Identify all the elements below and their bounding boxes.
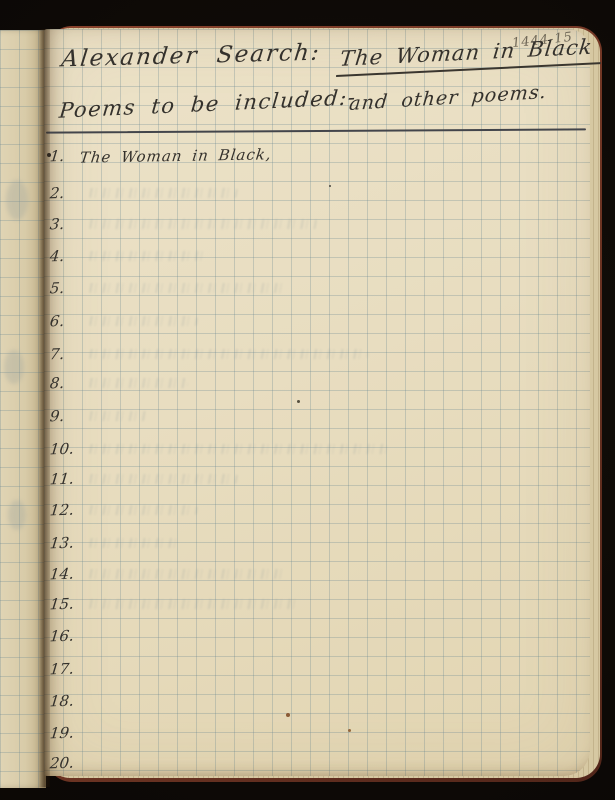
scan-background: 1444-15 Alexander Search: The Woman in B… xyxy=(0,0,615,800)
list-item: 9. xyxy=(50,404,148,428)
list-item-number: 3. xyxy=(49,215,75,234)
list-item: 16. xyxy=(50,624,74,648)
list-item: 2. xyxy=(50,181,238,205)
list-item: 20. xyxy=(50,751,74,775)
list-item-number: 15. xyxy=(49,595,75,614)
ink-speck xyxy=(297,400,300,403)
list-item: 3. xyxy=(50,212,318,236)
list-item-number: 4. xyxy=(49,247,75,266)
erased-text-trace xyxy=(88,349,368,359)
list-item: 11. xyxy=(50,467,238,491)
list-item-number: 13. xyxy=(49,534,75,553)
erased-text-trace xyxy=(88,444,388,454)
list-item-number: 9. xyxy=(49,407,75,426)
list-item-number: 14. xyxy=(49,565,75,584)
list-item: 13. xyxy=(50,531,178,555)
list-item-number: 1. xyxy=(49,147,75,166)
list-item: 19. xyxy=(50,721,74,745)
binding-gutter-shadow xyxy=(38,29,50,787)
list-item-number: 7. xyxy=(49,345,75,364)
list-item: 10. xyxy=(50,437,388,461)
list-item-number: 2. xyxy=(49,184,75,203)
list-item-number: 12. xyxy=(49,501,75,520)
showthrough-smudge xyxy=(4,350,24,384)
list-caption: Poems to be included:- xyxy=(58,85,358,122)
list-item: 18. xyxy=(50,689,74,713)
list-item-number: 17. xyxy=(49,660,75,679)
erased-text-trace xyxy=(88,219,318,229)
list-item: 8. xyxy=(50,371,188,395)
list-item: 4. xyxy=(50,244,208,268)
ruled-divider xyxy=(46,128,586,133)
erased-text-trace xyxy=(88,251,208,261)
list-item-number: 6. xyxy=(49,312,75,331)
list-item: 7. xyxy=(50,342,368,366)
list-item-number: 5. xyxy=(49,279,75,298)
list-item-number: 19. xyxy=(49,724,75,743)
erased-text-trace xyxy=(88,599,298,609)
showthrough-smudge xyxy=(6,180,28,220)
list-item: 14. xyxy=(50,562,288,586)
list-item: 17. xyxy=(50,657,74,681)
foxing-spot xyxy=(286,713,290,717)
list-item-text: The Woman in Black, xyxy=(79,145,273,166)
list-item-number: 11. xyxy=(49,470,75,489)
foxing-spot xyxy=(348,729,351,732)
list-item-number: 18. xyxy=(49,692,75,711)
list-item: 12. xyxy=(50,498,198,522)
showthrough-smudge xyxy=(8,500,26,530)
list-item: 15. xyxy=(50,592,298,616)
author-heading: Alexander Search: xyxy=(60,40,322,73)
notebook-page: 1444-15 Alexander Search: The Woman in B… xyxy=(44,29,590,776)
list-item-number: 8. xyxy=(49,374,75,393)
list-item: 5. xyxy=(50,276,288,300)
list-item-number: 20. xyxy=(49,754,75,773)
erased-text-trace xyxy=(88,188,238,198)
erased-text-trace xyxy=(88,505,198,515)
erased-text-trace xyxy=(88,316,198,326)
erased-text-trace xyxy=(88,283,288,293)
work-subtitle: and other poems. xyxy=(348,81,548,115)
list-item: 6. xyxy=(50,309,198,333)
erased-text-trace xyxy=(88,378,188,388)
list-item: 1. The Woman in Black, xyxy=(50,144,272,168)
erased-text-trace xyxy=(88,538,178,548)
work-title: The Woman in Black xyxy=(336,34,604,77)
erased-text-trace xyxy=(88,411,148,421)
erased-text-trace xyxy=(88,474,238,484)
ink-speck xyxy=(329,185,331,187)
list-item-number: 10. xyxy=(49,440,75,459)
erased-text-trace xyxy=(88,569,288,579)
list-item-number: 16. xyxy=(49,627,75,646)
